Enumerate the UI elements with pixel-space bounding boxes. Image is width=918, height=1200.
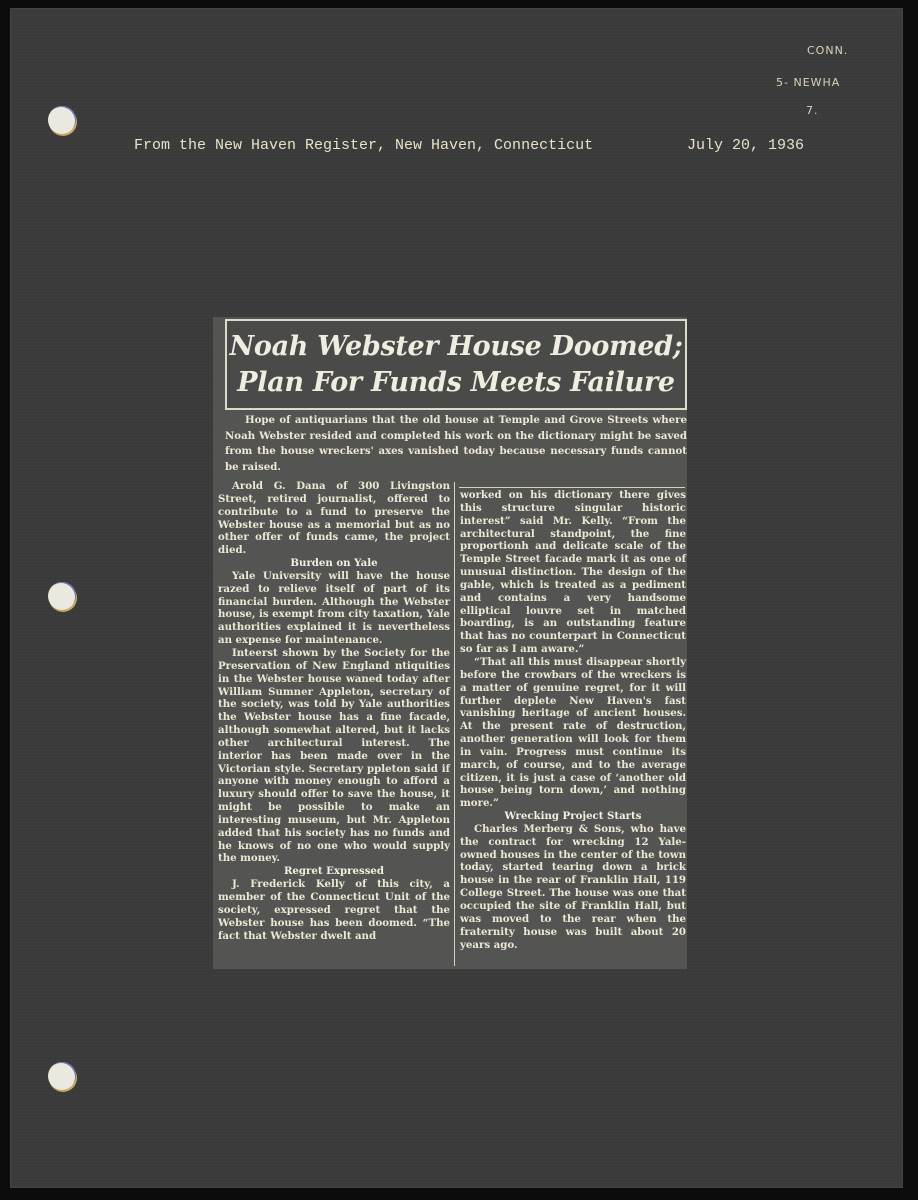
source-date: July 20, 1936 [687, 137, 804, 154]
binder-hole-icon [48, 1062, 76, 1090]
newspaper-clipping: Noah Webster House Doomed; Plan For Fund… [213, 317, 687, 969]
article-paragraph: worked on his dictionary there gives thi… [460, 489, 686, 656]
article-subhead: Burden on Yale [218, 557, 450, 570]
lede-text: Hope of antiquarians that the old house … [225, 414, 687, 473]
headline-line-1: Noah Webster House Doomed; [227, 329, 685, 365]
pencil-annotation: CONN. [807, 44, 848, 57]
article-subhead: Wrecking Project Starts [460, 810, 686, 823]
article-paragraph: “That all this must disappear shortly be… [460, 656, 686, 810]
article-column-right: worked on his dictionary there gives thi… [460, 489, 686, 951]
source-citation-line: From the New Haven Register, New Haven, … [134, 137, 804, 154]
article-paragraph: Charles Merberg & Sons, who have the con… [460, 823, 686, 951]
column-top-rule [459, 487, 685, 488]
column-rule [454, 482, 455, 966]
article-paragraph: Yale University will have the house raze… [218, 570, 450, 647]
binder-hole-icon [48, 106, 76, 134]
pencil-annotation: 7. [806, 104, 819, 117]
headline-box: Noah Webster House Doomed; Plan For Fund… [225, 319, 687, 410]
article-paragraph: J. Frederick Kelly of this city, a membe… [218, 878, 450, 942]
binder-hole-icon [48, 582, 76, 610]
article-lede: Hope of antiquarians that the old house … [225, 413, 687, 475]
headline-line-2: Plan For Funds Meets Failure [227, 365, 685, 401]
pencil-annotation: 5- NEWHA [776, 76, 840, 89]
article-paragraph: Arold G. Dana of 300 Livingston Street, … [218, 480, 450, 557]
article-column-left: Arold G. Dana of 300 Livingston Street, … [218, 480, 450, 942]
article-subhead: Regret Expressed [218, 865, 450, 878]
source-citation: From the New Haven Register, New Haven, … [134, 137, 593, 154]
article-paragraph: Inteerst shown by the Society for the Pr… [218, 647, 450, 865]
